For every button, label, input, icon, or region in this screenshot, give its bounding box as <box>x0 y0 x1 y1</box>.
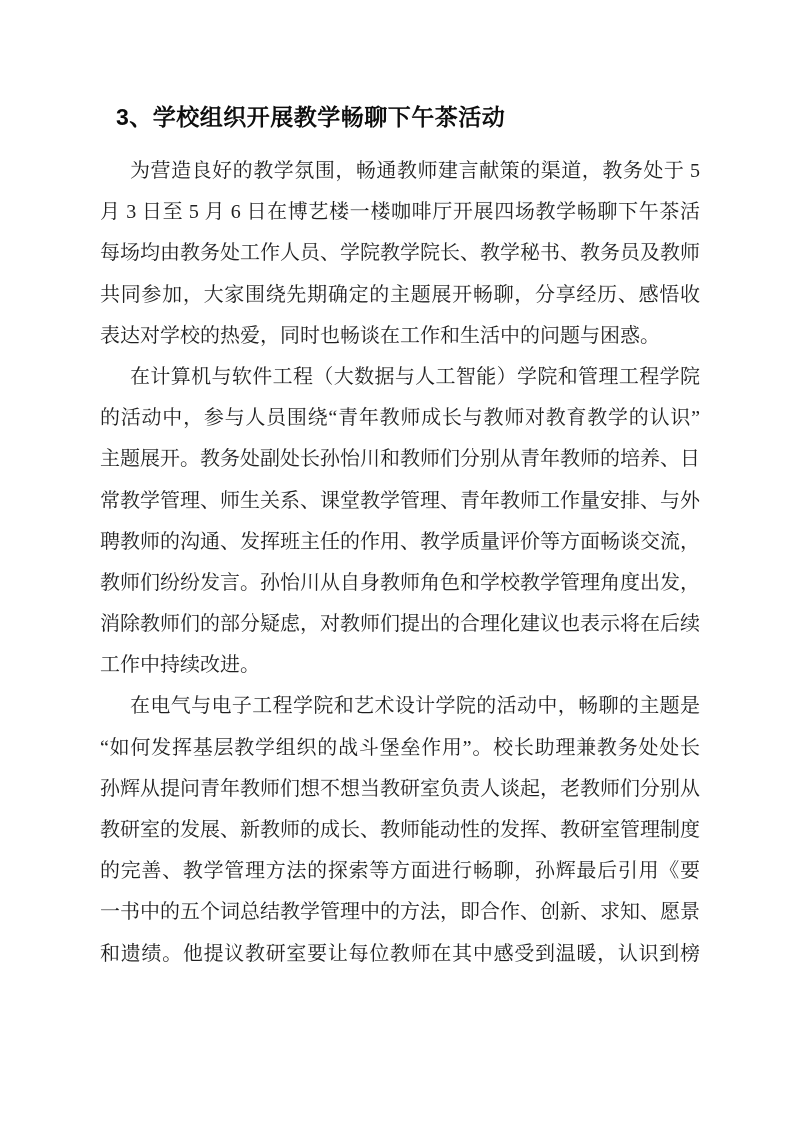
paragraph-3: 在电气与电子工程学院和艺术设计学院的活动中，畅聊的主题是 “如何发挥基层教学组织… <box>100 686 700 974</box>
text-line: 表达对学校的热爱，同时也畅谈在工作和生活中的问题与困惑。 <box>100 316 700 357</box>
document-page: 3、学校组织开展教学畅聊下午茶活动 为营造良好的教学氛围，畅通教师建言献策的渠道… <box>0 0 800 1131</box>
text-line: 在电气与电子工程学院和艺术设计学院的活动中，畅聊的主题是 <box>100 686 700 727</box>
text-line: 的活动中，参与人员围绕“青年教师成长与教师对教育教学的认识” <box>100 398 700 439</box>
text-line: 在计算机与软件工程（大数据与人工智能）学院和管理工程学院 <box>100 357 700 398</box>
text-line: 的完善、教学管理方法的探索等方面进行畅聊，孙辉最后引用《要领》 <box>100 851 700 892</box>
text-line: 主题展开。教务处副处长孙怡川和教师们分别从青年教师的培养、日 <box>100 439 700 480</box>
text-line: 教师们纷纷发言。孙怡川从自身教师角色和学校教学管理角度出发， <box>100 563 700 604</box>
document-body: 为营造良好的教学氛围，畅通教师建言献策的渠道，教务处于 5 月 3 日至 5 月… <box>100 151 700 975</box>
text-line: “如何发挥基层教学组织的战斗堡垒作用”。校长助理兼教务处处长 <box>100 728 700 769</box>
text-line: 聘教师的沟通、发挥班主任的作用、教学质量评价等方面畅谈交流， <box>100 522 700 563</box>
text-line: 孙辉从提问青年教师们想不想当教研室负责人谈起，老教师们分别从 <box>100 769 700 810</box>
section-heading: 3、学校组织开展教学畅聊下午茶活动 <box>116 100 716 134</box>
text-line: 为营造良好的教学氛围，畅通教师建言献策的渠道，教务处于 5 <box>100 151 700 192</box>
text-line: 教研室的发展、新教师的成长、教师能动性的发挥、教研室管理制度 <box>100 810 700 851</box>
text-line: 每场均由教务处工作人员、学院教学院长、教学秘书、教务员及教师 <box>100 233 700 274</box>
text-line: 月 3 日至 5 月 6 日在博艺楼一楼咖啡厅开展四场教学畅聊下午茶活动。 <box>100 192 700 233</box>
text-line: 工作中持续改进。 <box>100 645 700 686</box>
text-line: 和遗绩。他提议教研室要让每位教师在其中感受到温暖，认识到榜样， <box>100 934 700 975</box>
text-line: 消除教师们的部分疑虑，对教师们提出的合理化建议也表示将在后续 <box>100 604 700 645</box>
paragraph-1: 为营造良好的教学氛围，畅通教师建言献策的渠道，教务处于 5 月 3 日至 5 月… <box>100 151 700 357</box>
paragraph-2: 在计算机与软件工程（大数据与人工智能）学院和管理工程学院 的活动中，参与人员围绕… <box>100 357 700 687</box>
text-line: 常教学管理、师生关系、课堂教学管理、青年教师工作量安排、与外 <box>100 481 700 522</box>
text-line: 共同参加，大家围绕先期确定的主题展开畅聊，分享经历、感悟收获， <box>100 275 700 316</box>
text-line: 一书中的五个词总结教学管理中的方法，即合作、创新、求知、愿景 <box>100 892 700 933</box>
